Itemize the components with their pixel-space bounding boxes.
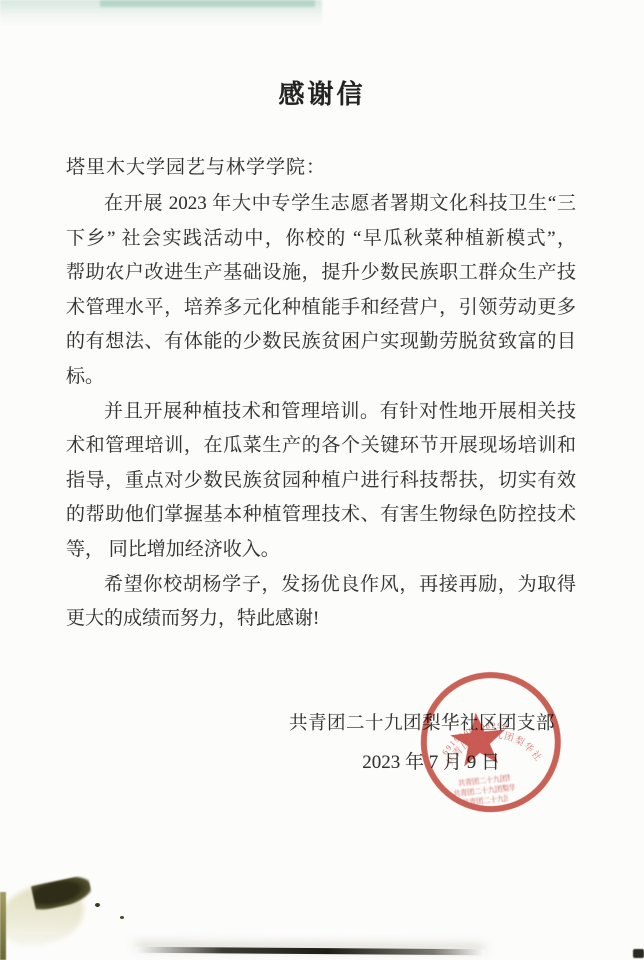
photo-bottom-shadow [135,947,485,955]
photo-speck [120,916,124,919]
letter-line: 指导，重点对少数民族贫园种植户进行科技帮扶，切实有效 [66,464,576,499]
letter-photo: 感谢信 塔里木大学园艺与林学学院： 在开展 2023 年大中专学生志愿者署期文化… [0,0,644,960]
photo-speck [95,903,100,907]
letter-line: 在开展 2023 年大中专学生志愿者署期文化科技卫生“三 [66,187,576,222]
letter-line: 希望你校胡杨学子，发扬优良作风，再接再励，为取得 [66,568,576,603]
letter-line: 帮助农户改进生产基础设施，提升少数民族职工群众生产技 [66,256,576,291]
letter-title: 感谢信 [0,74,644,111]
letter-line: 下乡” 社会实践活动中，你校的 “早瓜秋菜种植新模式”， [66,222,576,257]
letter-line: 的有想法、有体能的少数民族贫困户实现勤劳脱贫致富的目 [66,325,576,360]
letter-line: 更大的成绩而努力，特此感谢! [66,602,576,637]
photo-smudge-dash [100,0,315,7]
photo-edge-strip [0,892,6,960]
official-seal-stamp: 6919900108298 共青团二十九团梨华社区团支部 共青团二十九团梨华社区… [408,660,575,827]
letter-line: 等， 同比增加经济收入。 [66,533,576,568]
letter-line: 的帮助他们掌握基本种植管理技术、有害生物绿色防控技术 [66,498,576,533]
letter-line: 并且开展种植技术和管理培训。有针对性地开展相关技 [66,395,576,430]
letter-body: 在开展 2023 年大中专学生志愿者署期文化科技卫生“三 下乡” 社会实践活动中… [66,187,576,637]
letter-line: 标。 [66,360,576,395]
salutation: 塔里木大学园艺与林学学院： [66,152,326,179]
letter-line: 术和管理培训，在瓜菜生产的各个关键环节开展现场培训和 [66,429,576,464]
photo-corner-mark [633,949,644,958]
photo-dark-object [31,874,93,911]
letter-line: 术管理水平，培养多元化种植能手和经营户，引领劳动更多 [66,291,576,326]
